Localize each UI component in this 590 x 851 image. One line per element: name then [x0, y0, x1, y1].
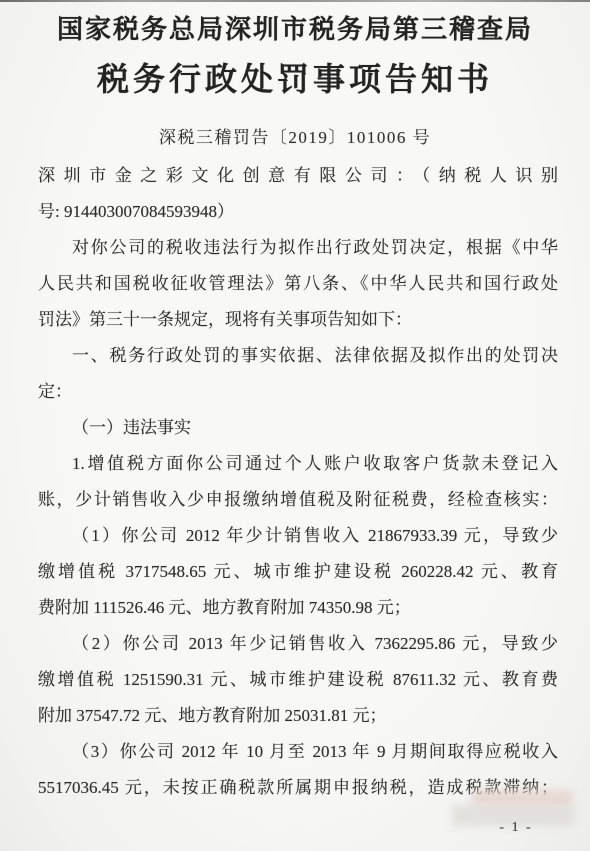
body-line: （2）你公司 2013 年少记销售收入 7362295.86 元，导致少	[38, 626, 558, 662]
document-title: 税务行政处罚事项告知书	[0, 56, 590, 102]
body-line: 人民共和国税收征收管理法》第八条、《中华人民共和国行政处	[38, 266, 558, 302]
body-line: 对你公司的税收违法行为拟作出行政处罚决定，根据《中华	[38, 230, 558, 266]
body-line: 号: 914403007084593948）	[38, 194, 558, 230]
body-line: 深圳市金之彩文化创意有限公司：（纳税人识别	[38, 158, 558, 194]
body-line: 一、税务行政处罚的事实依据、法律依据及拟作出的处罚决	[38, 338, 558, 374]
document-number: 深税三稽罚告〔2019〕101006 号	[0, 125, 590, 151]
body-line: （1）你公司 2012 年少计销售收入 21867933.39 元，导致少	[38, 518, 558, 554]
body-line: 罚法》第三十一条规定，现将有关事项告知如下：	[38, 302, 558, 338]
body-line: 缴增值税 3717548.65 元、城市维护建设税 260228.42 元、教育	[38, 554, 558, 590]
body-line: 缴增值税 1251590.31 元、城市维护建设税 87611.32 元、教育费	[38, 662, 558, 698]
issuing-agency-title: 国家税务总局深圳市税务局第三稽查局	[0, 12, 590, 48]
body-line: （一）违法事实	[38, 410, 558, 446]
body-line: 1.增值税方面你公司通过个人账户收取客户货款未登记入	[38, 446, 558, 482]
body-line: （3）你公司 2012 年 10 月至 2013 年 9 月期间取得应税收入	[38, 734, 558, 770]
body-line: 账，少计销售收入少申报缴纳增值税及附征税费，经检查核实：	[38, 482, 558, 518]
body-line: 附加 37547.72 元、地方教育附加 25031.81 元；	[38, 698, 558, 734]
scan-edge	[0, 0, 590, 2]
document-body: 深圳市金之彩文化创意有限公司：（纳税人识别 号: 914403007084593…	[38, 158, 558, 818]
document-page: 国家税务总局深圳市税务局第三稽查局 税务行政处罚事项告知书 深税三稽罚告〔201…	[0, 0, 590, 851]
body-line: 定：	[38, 374, 558, 410]
body-line: 费附加 111526.46 元、地方教育附加 74350.98 元；	[38, 590, 558, 626]
page-number: - 1 -	[478, 820, 554, 836]
